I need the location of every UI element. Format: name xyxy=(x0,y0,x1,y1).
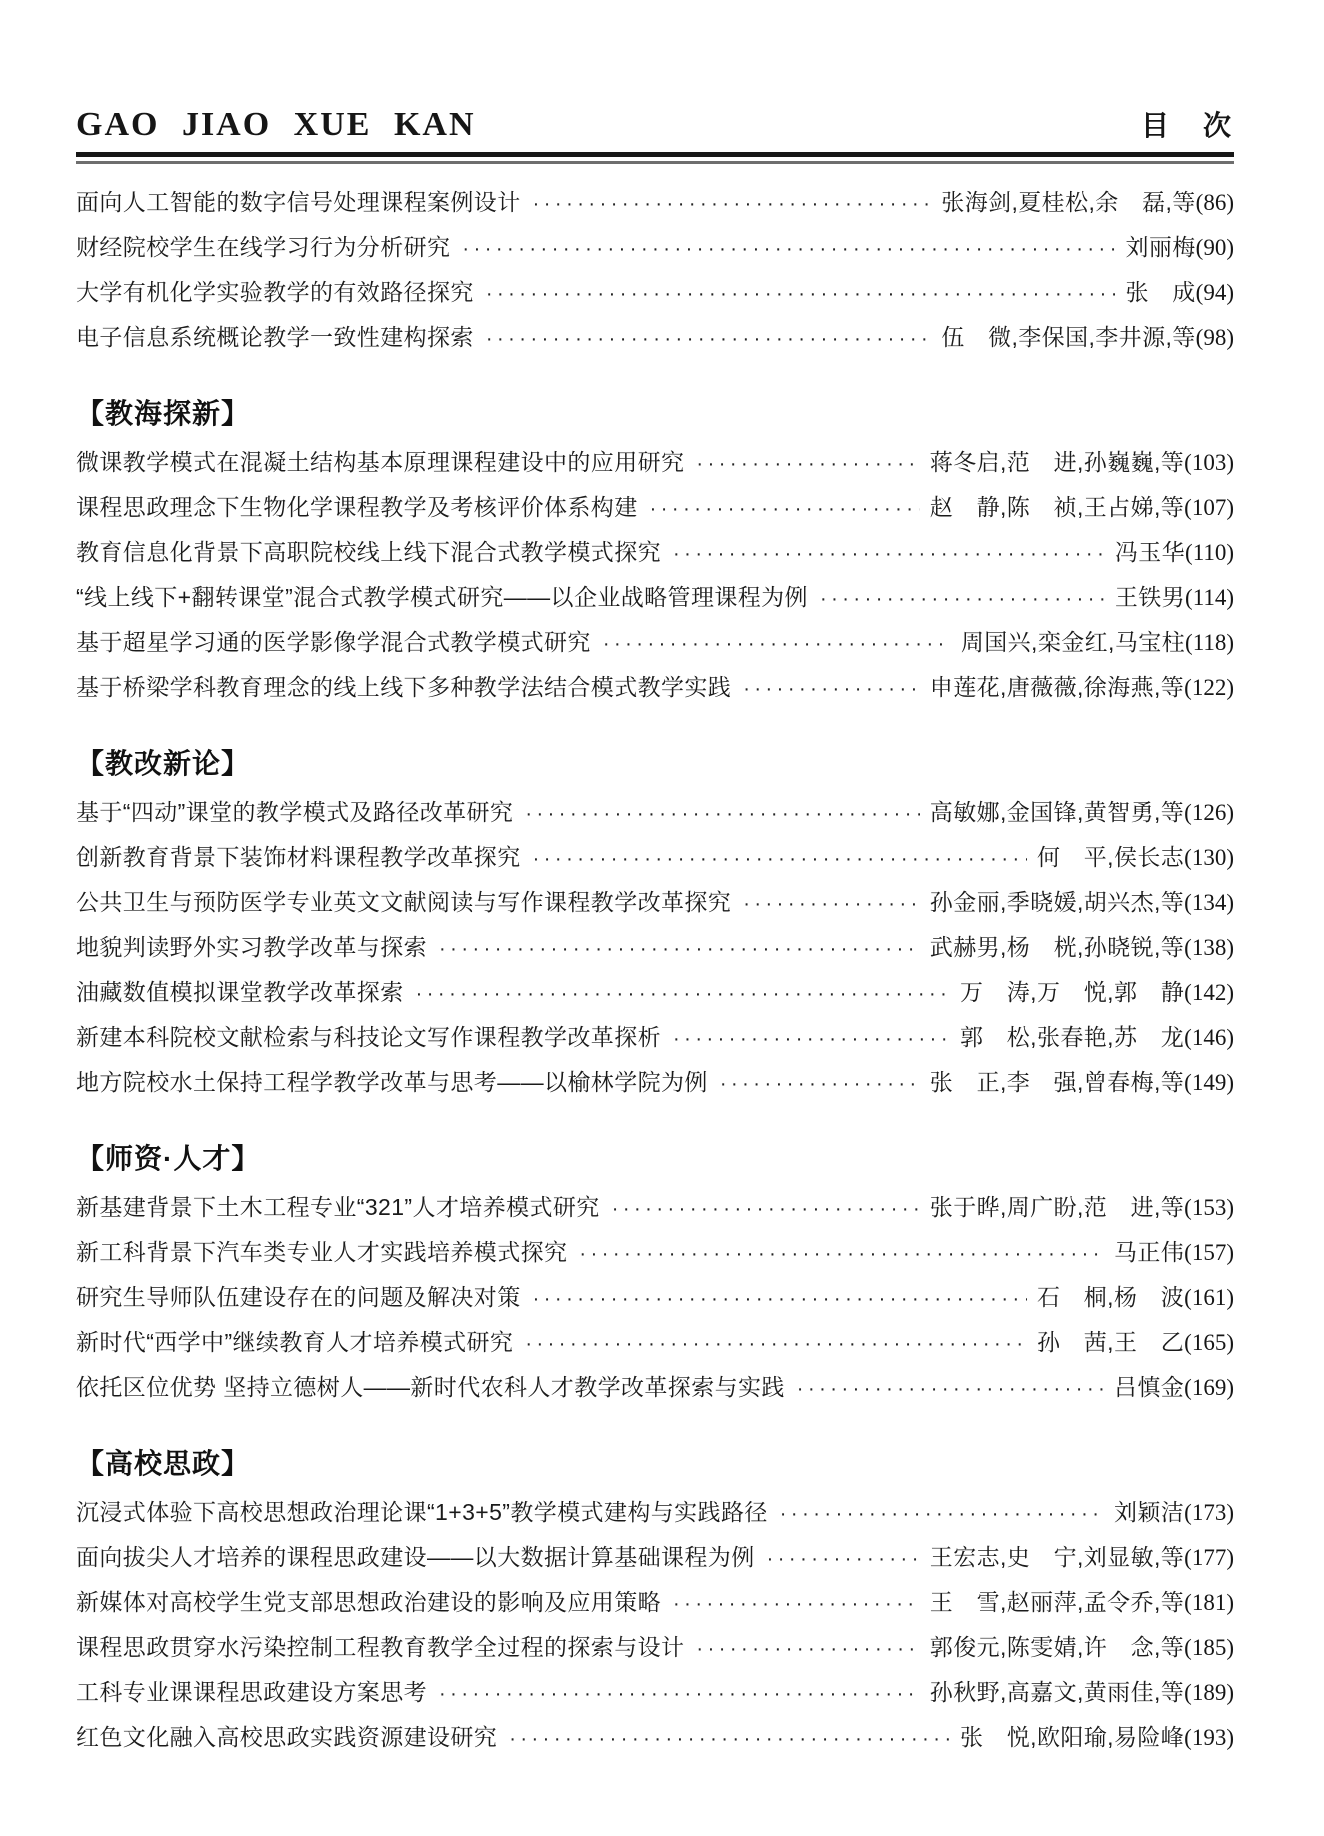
entry-authors: 孙金丽,季晓媛,胡兴杰,等 xyxy=(930,880,1184,925)
toc-entry: 财经院校学生在线学习行为分析研究刘丽梅(90) xyxy=(76,225,1234,270)
dot-leader xyxy=(509,1715,950,1762)
toc-entry: 基于“四动”课堂的教学模式及路径改革研究高敏娜,金国锋,黄智勇,等(126) xyxy=(76,790,1234,835)
toc-entry: 新基建背景下土木工程专业“321”人才培养模式研究张于晔,周广盼,范 进,等(1… xyxy=(76,1185,1234,1230)
entry-title: 课程思政理念下生物化学课程教学及考核评价体系构建 xyxy=(76,485,638,530)
entry-title: 教育信息化背景下高职院校线上线下混合式教学模式探究 xyxy=(76,530,661,575)
entry-page: (90) xyxy=(1196,225,1234,270)
entry-title: 面向拔尖人才培养的课程思政建设——以大数据计算基础课程为例 xyxy=(76,1535,755,1580)
entry-authors: 何 平,侯长志 xyxy=(1037,835,1184,880)
entry-title: 新时代“西学中”继续教育人才培养模式研究 xyxy=(76,1320,513,1365)
dot-leader xyxy=(696,1625,919,1672)
entry-title: 油藏数值模拟课堂教学改革探索 xyxy=(76,970,404,1015)
entry-authors: 张 正,李 强,曾春梅,等 xyxy=(930,1060,1184,1105)
entry-title: 基于超星学习通的医学影像学混合式教学模式研究 xyxy=(76,620,591,665)
entry-authors: 刘丽梅 xyxy=(1125,225,1195,270)
entry-authors: 马正伟 xyxy=(1114,1230,1184,1275)
dot-leader xyxy=(743,665,920,712)
entry-page: (138) xyxy=(1184,925,1234,970)
dot-leader xyxy=(533,1275,1027,1322)
toc-entry: 面向拔尖人才培养的课程思政建设——以大数据计算基础课程为例王宏志,史 宁,刘显敏… xyxy=(76,1535,1234,1580)
dot-leader xyxy=(533,180,932,227)
entry-page: (173) xyxy=(1184,1490,1234,1535)
entry-title: 工科专业课课程思政建设方案思考 xyxy=(76,1670,427,1715)
dot-leader xyxy=(673,1580,920,1627)
entry-authors: 刘颖洁 xyxy=(1114,1490,1184,1535)
toc-entry: 新建本科院校文献检索与科技论文写作课程教学改革探析郭 松,张春艳,苏 龙(146… xyxy=(76,1015,1234,1060)
entry-page: (126) xyxy=(1184,790,1234,835)
entry-authors: 张 悦,欧阳瑜,易险峰 xyxy=(960,1715,1184,1760)
entry-page: (103) xyxy=(1184,440,1234,485)
entry-authors: 万 涛,万 悦,郭 静 xyxy=(960,970,1184,1015)
dot-leader xyxy=(780,1490,1104,1537)
dot-leader xyxy=(462,225,1115,272)
toc-entry: 新时代“西学中”继续教育人才培养模式研究孙 茜,王 乙(165) xyxy=(76,1320,1234,1365)
entry-page: (86) xyxy=(1196,180,1234,225)
entry-page: (149) xyxy=(1184,1060,1234,1105)
toc-entry: 面向人工智能的数字信号处理课程案例设计张海剑,夏桂松,余 磊,等(86) xyxy=(76,180,1234,225)
entry-page: (142) xyxy=(1184,970,1234,1015)
entry-title: 新建本科院校文献检索与科技论文写作课程教学改革探析 xyxy=(76,1015,661,1060)
toc-entry: 大学有机化学实验教学的有效路径探究张 成(94) xyxy=(76,270,1234,315)
entry-page: (161) xyxy=(1184,1275,1234,1320)
entry-page: (94) xyxy=(1196,270,1234,315)
dot-leader xyxy=(439,925,920,972)
entry-authors: 高敏娜,金国锋,黄智勇,等 xyxy=(930,790,1184,835)
entry-page: (107) xyxy=(1184,485,1234,530)
toc-entry: 依托区位优势 坚持立德树人——新时代农科人才教学改革探索与实践吕慎金(169) xyxy=(76,1365,1234,1410)
entry-title: 新基建背景下土木工程专业“321”人才培养模式研究 xyxy=(76,1185,600,1230)
toc-entry: 教育信息化背景下高职院校线上线下混合式教学模式探究冯玉华(110) xyxy=(76,530,1234,575)
toc-entry: 微课教学模式在混凝土结构基本原理课程建设中的应用研究蒋冬启,范 进,孙巍巍,等(… xyxy=(76,440,1234,485)
entry-authors: 王 雪,赵丽萍,孟令乔,等 xyxy=(930,1580,1184,1625)
entry-page: (169) xyxy=(1184,1365,1234,1410)
entry-page: (153) xyxy=(1184,1185,1234,1230)
entry-authors: 赵 静,陈 祯,王占娣,等 xyxy=(930,485,1184,530)
section-label: 【教改新论】 xyxy=(76,746,1234,782)
dot-leader xyxy=(650,485,920,532)
entry-title: 财经院校学生在线学习行为分析研究 xyxy=(76,225,450,270)
dot-leader xyxy=(673,530,1105,577)
entry-authors: 郭俊元,陈雯婧,许 念,等 xyxy=(930,1625,1184,1670)
dot-leader xyxy=(820,575,1105,622)
dot-leader xyxy=(673,1015,950,1062)
entry-page: (185) xyxy=(1184,1625,1234,1670)
entry-title: 课程思政贯穿水污染控制工程教育教学全过程的探索与设计 xyxy=(76,1625,684,1670)
entry-title: “线上线下+翻转课堂”混合式教学模式研究——以企业战略管理课程为例 xyxy=(76,575,808,620)
entry-page: (146) xyxy=(1184,1015,1234,1060)
entry-authors: 张于晔,周广盼,范 进,等 xyxy=(930,1185,1184,1230)
journal-title: GAO JIAO XUE KAN xyxy=(76,106,476,144)
toc-page: GAO JIAO XUE KAN 目 次 面向人工智能的数字信号处理课程案例设计… xyxy=(0,0,1324,1836)
entry-title: 微课教学模式在混凝土结构基本原理课程建设中的应用研究 xyxy=(76,440,684,485)
entry-title: 依托区位优势 坚持立德树人——新时代农科人才教学改革探索与实践 xyxy=(76,1365,785,1410)
dot-leader xyxy=(743,880,920,927)
entry-title: 创新教育背景下装饰材料课程教学改革探究 xyxy=(76,835,521,880)
entry-title: 基于“四动”课堂的教学模式及路径改革研究 xyxy=(76,790,513,835)
dot-leader xyxy=(603,620,951,667)
section-label: 【师资·人才】 xyxy=(76,1141,1234,1177)
toc-entry: 研究生导师队伍建设存在的问题及解决对策石 桐,杨 波(161) xyxy=(76,1275,1234,1320)
entry-authors: 冯玉华 xyxy=(1115,530,1185,575)
entry-page: (114) xyxy=(1185,575,1234,620)
entry-authors: 武赫男,杨 桄,孙晓锐,等 xyxy=(930,925,1184,970)
entry-page: (157) xyxy=(1184,1230,1234,1275)
entry-title: 公共卫生与预防医学专业英文文献阅读与写作课程教学改革探究 xyxy=(76,880,731,925)
entry-page: (118) xyxy=(1185,620,1234,665)
dot-leader xyxy=(767,1535,920,1582)
entry-authors: 周国兴,栾金红,马宝柱 xyxy=(961,620,1185,665)
toc-entry: 创新教育背景下装饰材料课程教学改革探究何 平,侯长志(130) xyxy=(76,835,1234,880)
dot-leader xyxy=(720,1060,920,1107)
toc-entry: 课程思政理念下生物化学课程教学及考核评价体系构建赵 静,陈 祯,王占娣,等(10… xyxy=(76,485,1234,530)
toc-entry: 地方院校水土保持工程学教学改革与思考——以榆林学院为例张 正,李 强,曾春梅,等… xyxy=(76,1060,1234,1105)
toc-entry: 油藏数值模拟课堂教学改革探索万 涛,万 悦,郭 静(142) xyxy=(76,970,1234,1015)
dot-leader xyxy=(486,315,931,362)
entry-authors: 张 成 xyxy=(1125,270,1195,315)
toc-entry: 公共卫生与预防医学专业英文文献阅读与写作课程教学改革探究孙金丽,季晓媛,胡兴杰,… xyxy=(76,880,1234,925)
dot-leader xyxy=(696,440,919,487)
entry-title: 基于桥梁学科教育理念的线上线下多种教学法结合模式教学实践 xyxy=(76,665,731,710)
dot-leader xyxy=(486,270,1116,317)
toc-entry: 新媒体对高校学生党支部思想政治建设的影响及应用策略王 雪,赵丽萍,孟令乔,等(1… xyxy=(76,1580,1234,1625)
toc-entry: 新工科背景下汽车类专业人才实践培养模式探究马正伟(157) xyxy=(76,1230,1234,1275)
entry-page: (177) xyxy=(1184,1535,1234,1580)
toc-entry: 红色文化融入高校思政实践资源建设研究张 悦,欧阳瑜,易险峰(193) xyxy=(76,1715,1234,1760)
entry-page: (134) xyxy=(1184,880,1234,925)
entry-title: 电子信息系统概论教学一致性建构探索 xyxy=(76,315,474,360)
dot-leader xyxy=(525,790,919,837)
dot-leader xyxy=(797,1365,1104,1412)
entry-title: 新工科背景下汽车类专业人才实践培养模式探究 xyxy=(76,1230,567,1275)
dot-leader xyxy=(533,835,1027,882)
entry-title: 沉浸式体验下高校思想政治理论课“1+3+5”教学模式建构与实践路径 xyxy=(76,1490,768,1535)
toc-entry: 沉浸式体验下高校思想政治理论课“1+3+5”教学模式建构与实践路径刘颖洁(173… xyxy=(76,1490,1234,1535)
contents-label: 目 次 xyxy=(1141,104,1234,144)
toc-entry: 基于超星学习通的医学影像学混合式教学模式研究周国兴,栾金红,马宝柱(118) xyxy=(76,620,1234,665)
entry-authors: 蒋冬启,范 进,孙巍巍,等 xyxy=(930,440,1184,485)
entry-page: (193) xyxy=(1184,1715,1234,1760)
entry-page: (165) xyxy=(1184,1320,1234,1365)
entry-authors: 郭 松,张春艳,苏 龙 xyxy=(960,1015,1184,1060)
entry-authors: 吕慎金 xyxy=(1114,1365,1184,1410)
entry-page: (122) xyxy=(1184,665,1234,710)
entry-title: 面向人工智能的数字信号处理课程案例设计 xyxy=(76,180,521,225)
entry-title: 新媒体对高校学生党支部思想政治建设的影响及应用策略 xyxy=(76,1580,661,1625)
header-rule xyxy=(76,152,1234,164)
dot-leader xyxy=(612,1185,920,1232)
entry-authors: 张海剑,夏桂松,余 磊,等 xyxy=(941,180,1195,225)
entry-page: (181) xyxy=(1184,1580,1234,1625)
entry-title: 研究生导师队伍建设存在的问题及解决对策 xyxy=(76,1275,521,1320)
entry-title: 红色文化融入高校思政实践资源建设研究 xyxy=(76,1715,497,1760)
dot-leader xyxy=(439,1670,920,1717)
entry-authors: 孙 茜,王 乙 xyxy=(1037,1320,1184,1365)
section-label: 【高校思政】 xyxy=(76,1446,1234,1482)
entry-page: (110) xyxy=(1185,530,1234,575)
toc-entry: 基于桥梁学科教育理念的线上线下多种教学法结合模式教学实践申莲花,唐薇薇,徐海燕,… xyxy=(76,665,1234,710)
entry-page: (189) xyxy=(1184,1670,1234,1715)
entry-authors: 申莲花,唐薇薇,徐海燕,等 xyxy=(930,665,1184,710)
masthead: GAO JIAO XUE KAN 目 次 xyxy=(76,104,1234,144)
dot-leader xyxy=(579,1230,1104,1277)
toc-entry: “线上线下+翻转课堂”混合式教学模式研究——以企业战略管理课程为例王铁男(114… xyxy=(76,575,1234,620)
dot-leader xyxy=(525,1320,1027,1367)
dot-leader xyxy=(416,970,950,1017)
toc-entry: 工科专业课课程思政建设方案思考孙秋野,高嘉文,黄雨佳,等(189) xyxy=(76,1670,1234,1715)
entry-title: 大学有机化学实验教学的有效路径探究 xyxy=(76,270,474,315)
toc-entry: 电子信息系统概论教学一致性建构探索伍 微,李保国,李井源,等(98) xyxy=(76,315,1234,360)
entry-authors: 孙秋野,高嘉文,黄雨佳,等 xyxy=(930,1670,1184,1715)
toc-sections: 面向人工智能的数字信号处理课程案例设计张海剑,夏桂松,余 磊,等(86)财经院校… xyxy=(76,180,1234,1760)
toc-entry: 课程思政贯穿水污染控制工程教育教学全过程的探索与设计郭俊元,陈雯婧,许 念,等(… xyxy=(76,1625,1234,1670)
entry-authors: 王宏志,史 宁,刘显敏,等 xyxy=(930,1535,1184,1580)
entry-page: (130) xyxy=(1184,835,1234,880)
entry-title: 地方院校水土保持工程学教学改革与思考——以榆林学院为例 xyxy=(76,1060,708,1105)
entry-title: 地貌判读野外实习教学改革与探索 xyxy=(76,925,427,970)
entry-authors: 伍 微,李保国,李井源,等 xyxy=(941,315,1195,360)
toc-entry: 地貌判读野外实习教学改革与探索武赫男,杨 桄,孙晓锐,等(138) xyxy=(76,925,1234,970)
entry-authors: 石 桐,杨 波 xyxy=(1037,1275,1184,1320)
entry-page: (98) xyxy=(1196,315,1234,360)
entry-authors: 王铁男 xyxy=(1115,575,1185,620)
section-label: 【教海探新】 xyxy=(76,396,1234,432)
